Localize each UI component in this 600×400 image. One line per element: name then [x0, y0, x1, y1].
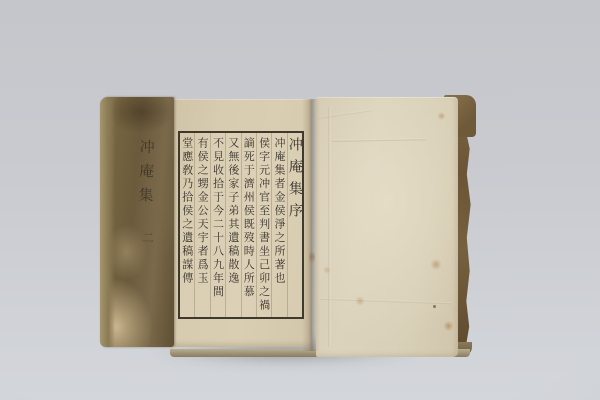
paper-crease	[332, 138, 427, 142]
right-blank-page	[316, 97, 458, 357]
text-column: 侯字元冲官至判書坐己卯之禍	[256, 133, 271, 317]
book-spine	[100, 97, 115, 347]
text-column: 堂應敎乃拾侯之遺稿謀傳	[180, 133, 194, 317]
cover-volume-number: 二	[142, 229, 155, 246]
column-text: 不見收拾于今二十八九年間	[212, 137, 223, 299]
ink-speck	[433, 305, 436, 308]
paper-crease	[318, 109, 373, 119]
text-column: 有侯之甥金公天宇者爲玉	[194, 133, 209, 317]
foxing-stain	[443, 321, 454, 331]
paper-crease	[320, 298, 452, 305]
column-text: 侯字元冲官至判書坐己卯之禍	[259, 137, 270, 313]
column-text: 冲庵集者金侯淨之所著也	[274, 137, 285, 286]
cover-title-calligraphy: 冲庵集	[137, 139, 154, 211]
column-text: 堂應敎乃拾侯之遺稿謀傳	[182, 137, 193, 286]
left-printed-page: 冲庵集序 冲庵集者金侯淨之所著也 侯字元冲官至判書坐己卯之禍 謫死于濟州侯既歿時…	[166, 99, 312, 347]
antique-book: 冲庵集序 冲庵集者金侯淨之所著也 侯字元冲官至判書坐己卯之禍 謫死于濟州侯既歿時…	[98, 94, 478, 358]
column-text: 冲庵集序	[288, 137, 302, 225]
woodblock-text-frame: 冲庵集序 冲庵集者金侯淨之所著也 侯字元冲官至判書坐己卯之禍 謫死于濟州侯既歿時…	[178, 131, 304, 319]
foxing-stain	[323, 266, 331, 274]
foxing-stain	[437, 112, 446, 120]
column-text: 又無後家子弟其遺稿散逸	[228, 137, 239, 286]
text-column: 冲庵集者金侯淨之所著也	[271, 133, 286, 317]
gutter-smudge	[309, 249, 315, 265]
text-column: 不見收拾于今二十八九年間	[210, 133, 225, 317]
foxing-stain	[430, 259, 442, 270]
page-gutter-fold	[302, 99, 320, 351]
book-cover: 冲庵集 二	[100, 97, 174, 347]
column-text: 謫死于濟州侯既歿時人所慕	[243, 137, 254, 299]
text-column-title: 冲庵集序	[287, 133, 302, 317]
text-column: 謫死于濟州侯既歿時人所慕	[241, 133, 256, 317]
paper-crease	[328, 107, 331, 347]
photo-scene: 冲庵集序 冲庵集者金侯淨之所著也 侯字元冲官至判書坐己卯之禍 謫死于濟州侯既歿時…	[0, 0, 600, 400]
column-text: 有侯之甥金公天宇者爲玉	[197, 137, 208, 286]
foxing-stain	[355, 296, 365, 306]
text-column: 又無後家子弟其遺稿散逸	[225, 133, 240, 317]
